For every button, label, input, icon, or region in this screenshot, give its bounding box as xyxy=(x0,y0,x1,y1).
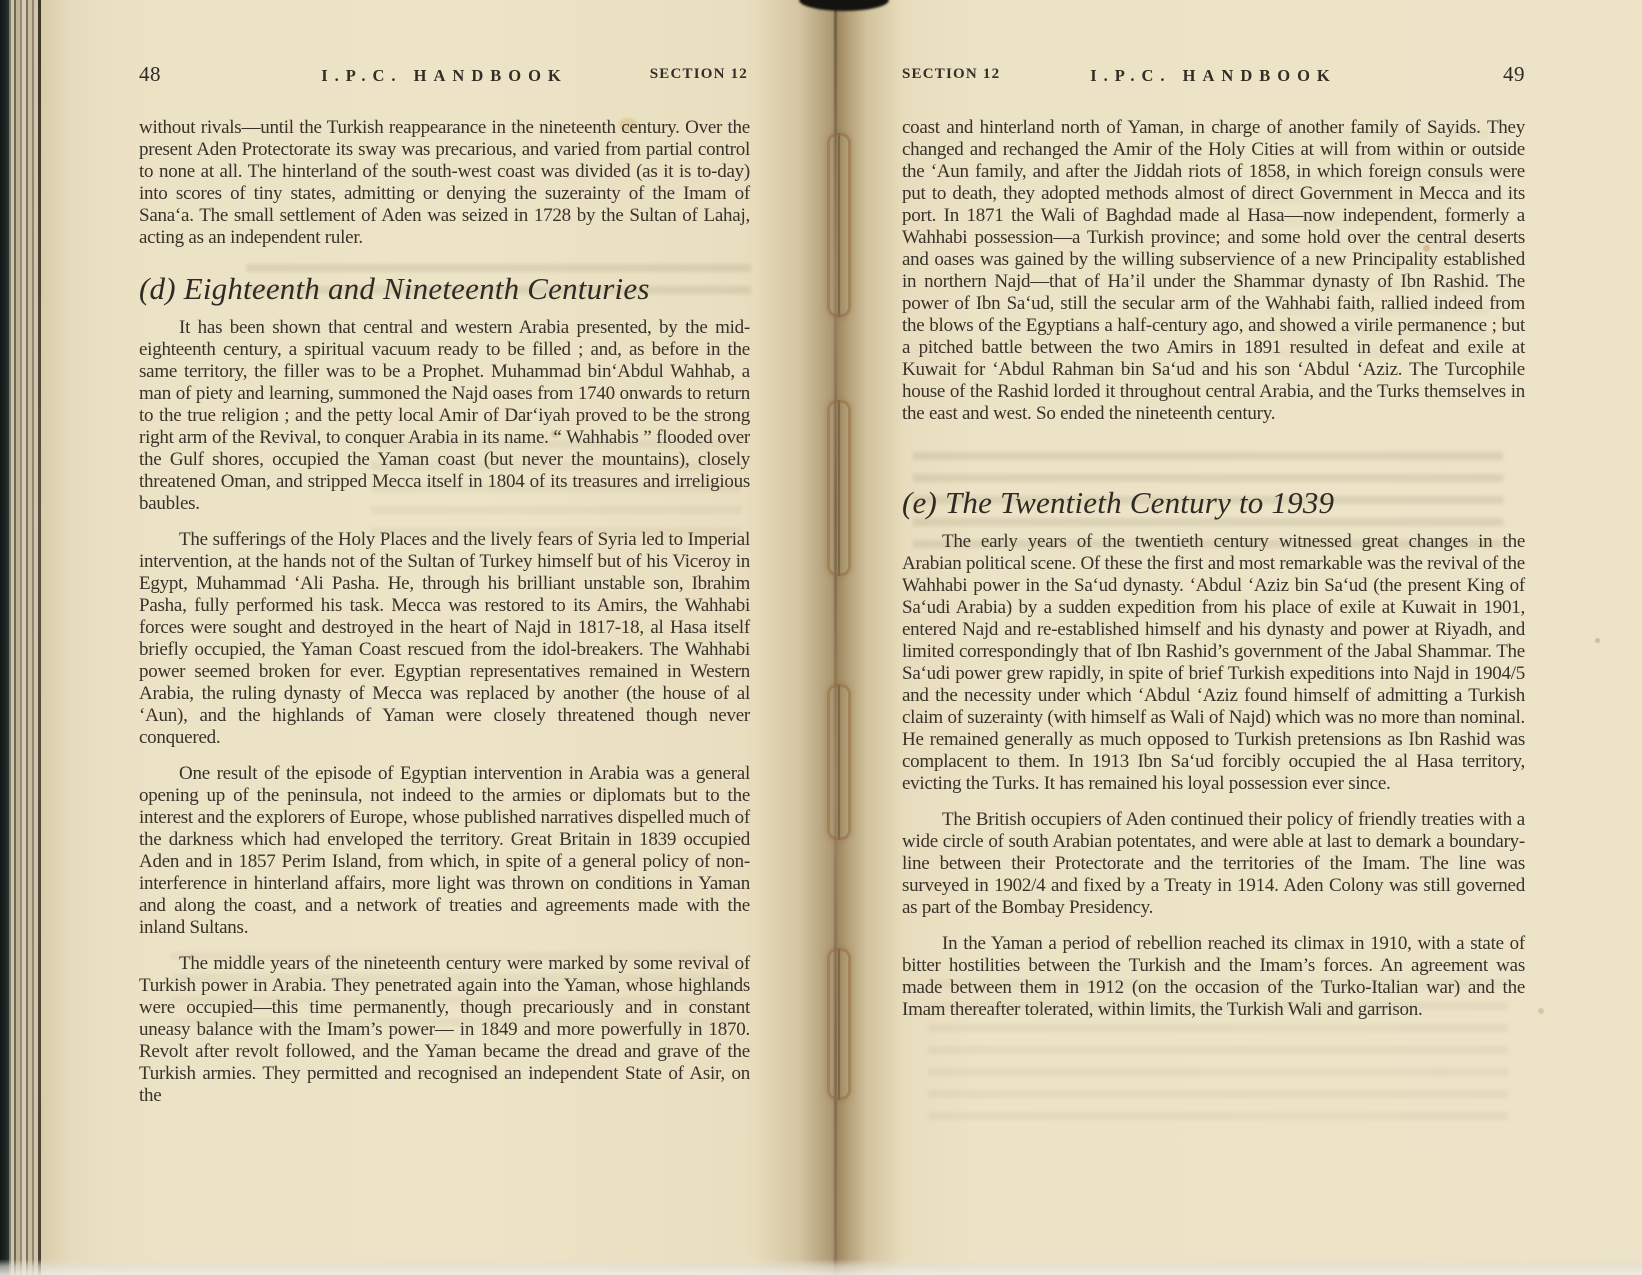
paragraph: One result of the episode of Egyptian in… xyxy=(139,763,750,939)
section-heading-e: (e) The Twentieth Century to 1939 xyxy=(902,485,1525,521)
section-label: SECTION 12 xyxy=(650,66,748,83)
running-header-left: 48 I.P.C. HANDBOOK SECTION 12 xyxy=(139,0,750,88)
page-number: 49 xyxy=(1503,62,1525,87)
right-page: SECTION 12 I.P.C. HANDBOOK 49 coast and … xyxy=(838,0,1642,1275)
paragraph: The British occupiers of Aden continued … xyxy=(902,809,1525,919)
left-page: 48 I.P.C. HANDBOOK SECTION 12 without ri… xyxy=(41,0,838,1275)
paragraph: In the Yaman a period of rebellion reach… xyxy=(902,933,1525,1021)
binding-stitch-mark xyxy=(827,400,851,576)
left-page-body: without rivals—until the Turkish reappea… xyxy=(139,117,750,1107)
right-page-body: coast and hinterland north of Yaman, in … xyxy=(902,117,1525,1021)
running-header-right: SECTION 12 I.P.C. HANDBOOK 49 xyxy=(902,0,1525,88)
book-spread: 48 I.P.C. HANDBOOK SECTION 12 without ri… xyxy=(0,0,1642,1275)
binding-stitch-mark xyxy=(827,133,851,317)
section-heading-d: (d) Eighteenth and Nineteenth Centuries xyxy=(139,271,750,307)
page-stain xyxy=(1595,638,1600,643)
running-title: I.P.C. HANDBOOK xyxy=(1090,66,1337,86)
section-label: SECTION 12 xyxy=(902,66,1000,83)
paragraph: The sufferings of the Holy Places and th… xyxy=(139,529,750,749)
running-title: I.P.C. HANDBOOK xyxy=(321,66,568,86)
paragraph: The early years of the twentieth century… xyxy=(902,531,1525,795)
page-stack-edges xyxy=(9,0,38,1275)
binding-stitch-mark xyxy=(827,684,851,840)
book-cover-edge xyxy=(0,0,9,1275)
continuation-paragraph: without rivals—until the Turkish reappea… xyxy=(139,117,750,249)
paragraph: The middle years of the nineteenth centu… xyxy=(139,953,750,1107)
page-stain xyxy=(1538,1008,1544,1014)
page-number: 48 xyxy=(139,62,161,87)
paragraph: It has been shown that central and weste… xyxy=(139,317,750,515)
binding-stitch-mark xyxy=(827,948,851,1100)
continuation-paragraph: coast and hinterland north of Yaman, in … xyxy=(902,117,1525,425)
